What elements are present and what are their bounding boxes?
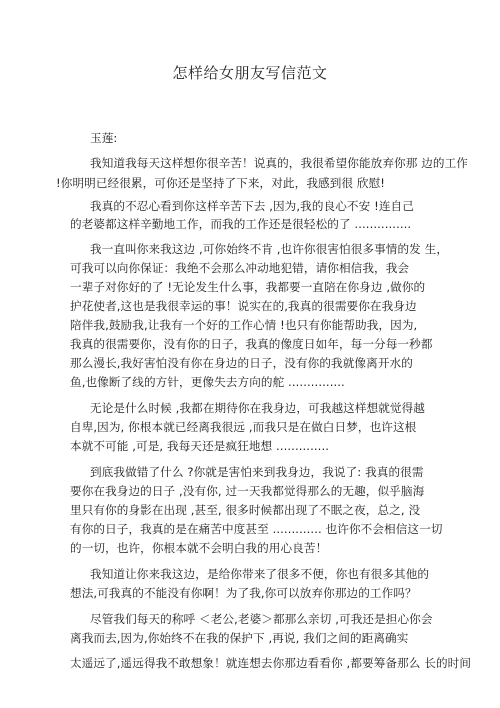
paragraph-5-line-1: 到底我做错了什么 ?你就是害怕来到我身边，我说了: 我真的很需 xyxy=(90,464,424,480)
paragraph-3-line-6: 我真的很需要你，没有你的日子，我真的像度日如年，每一分每一秒都 xyxy=(70,336,433,352)
paragraph-4-line-1: 无论是什么时候 ,我都在期待你在我身边，可我越这样想就觉得越 xyxy=(90,400,425,416)
paragraph-2-line-2: 的老婆都这样辛勤地工作，而我的工作还是很轻松的了 ............... xyxy=(70,216,411,232)
document-page: 怎样给女朋友写信范文 玉莲: 我知道我每天这样想你很辛苦！说真的，我很希望你能放… xyxy=(0,0,500,708)
paragraph-4-line-3: 本就不可能 ,可是, 我每天还是疯狂地想 .............. xyxy=(70,438,329,454)
paragraph-5-line-5: 的一切，也许，你根本就不会明白我的用心良苦！ xyxy=(70,540,327,556)
paragraph-7-line-1: 尽管我们每天的称呼 ＜老公,老婆＞都那么亲切 ,可我还是担心你会 xyxy=(90,611,433,627)
paragraph-3-line-8: 鱼,也像断了线的方针，更像失去方向的舵 ............... xyxy=(70,374,345,390)
document-title: 怎样给女朋友写信范文 xyxy=(0,62,500,83)
paragraph-3-line-2: 可我可以向你保证：我绝不会那么冲动地犯错，请你相信我，我会 xyxy=(70,260,409,276)
paragraph-6-line-2: 想法,可我真的不能没有你啊！为了我,你可以放弃你那边的工作吗？ xyxy=(70,585,417,601)
paragraph-3-line-1: 我一直叫你来我这边 ,可你始终不肯 ,也许你很害怕很多事情的发 生， xyxy=(90,241,448,257)
paragraph-6-line-1: 我知道让你来我这边，是给你带来了很多不便，你也有很多其他的 xyxy=(90,566,429,582)
paragraph-2-line-1: 我真的不忍心看到你这样辛苦下去 ,因为,我的良心不安 !连自己 xyxy=(90,198,414,214)
paragraph-3-line-7: 那么漫长,我好害怕没有你在身边的日子，没有你的我就像离开水的 xyxy=(70,355,413,371)
salutation: 玉莲: xyxy=(90,130,117,146)
paragraph-5-line-3: 里只有你的身影在出现 ,甚至, 很多时候都出现了不眠之夜，总之, 没 xyxy=(70,502,420,518)
paragraph-3-line-4: 护花使者,这也是我很幸运的事！说实在的,我真的很需要你在我身边 xyxy=(70,298,417,314)
paragraph-1-line-2: !你明明已经很累，可你还是坚持了下来，对此，我感到很 欣慰! xyxy=(56,175,385,191)
paragraph-3-line-5: 陪伴我,鼓励我,让我有一个好的工作心情 !也只有你能帮助我，因为, xyxy=(70,317,417,333)
paragraph-5-line-4: 有你的日子，我真的是在痛苦中度甚至 ............. 也许你不会相信这… xyxy=(70,521,443,537)
paragraph-7-line-3: 太遥远了,遥远得我不敢想象！就连想去你那边看看你 ,都要筹备那么 长的时间 xyxy=(70,655,471,671)
paragraph-3-line-3: 一辈子对你好的了 !无论发生什么事，我都要一直陪在你身边 ,做你的 xyxy=(70,279,425,295)
paragraph-5-line-2: 要你在我身边的日子 ,没有你, 过一天我都觉得那么的无趣，似乎脑海 xyxy=(70,483,424,499)
paragraph-1-line-1: 我知道我每天这样想你很辛苦！说真的，我很希望你能放弃你那 边的工作 xyxy=(90,155,468,171)
paragraph-7-line-2: 离我而去,因为,你始终不在我的保护下 ,再说, 我们之间的距离确实 xyxy=(70,630,408,646)
paragraph-4-line-2: 自卑,因为, 你根本就已经离我很远 ,而我只是在做白日梦，也许这根 xyxy=(70,419,416,435)
